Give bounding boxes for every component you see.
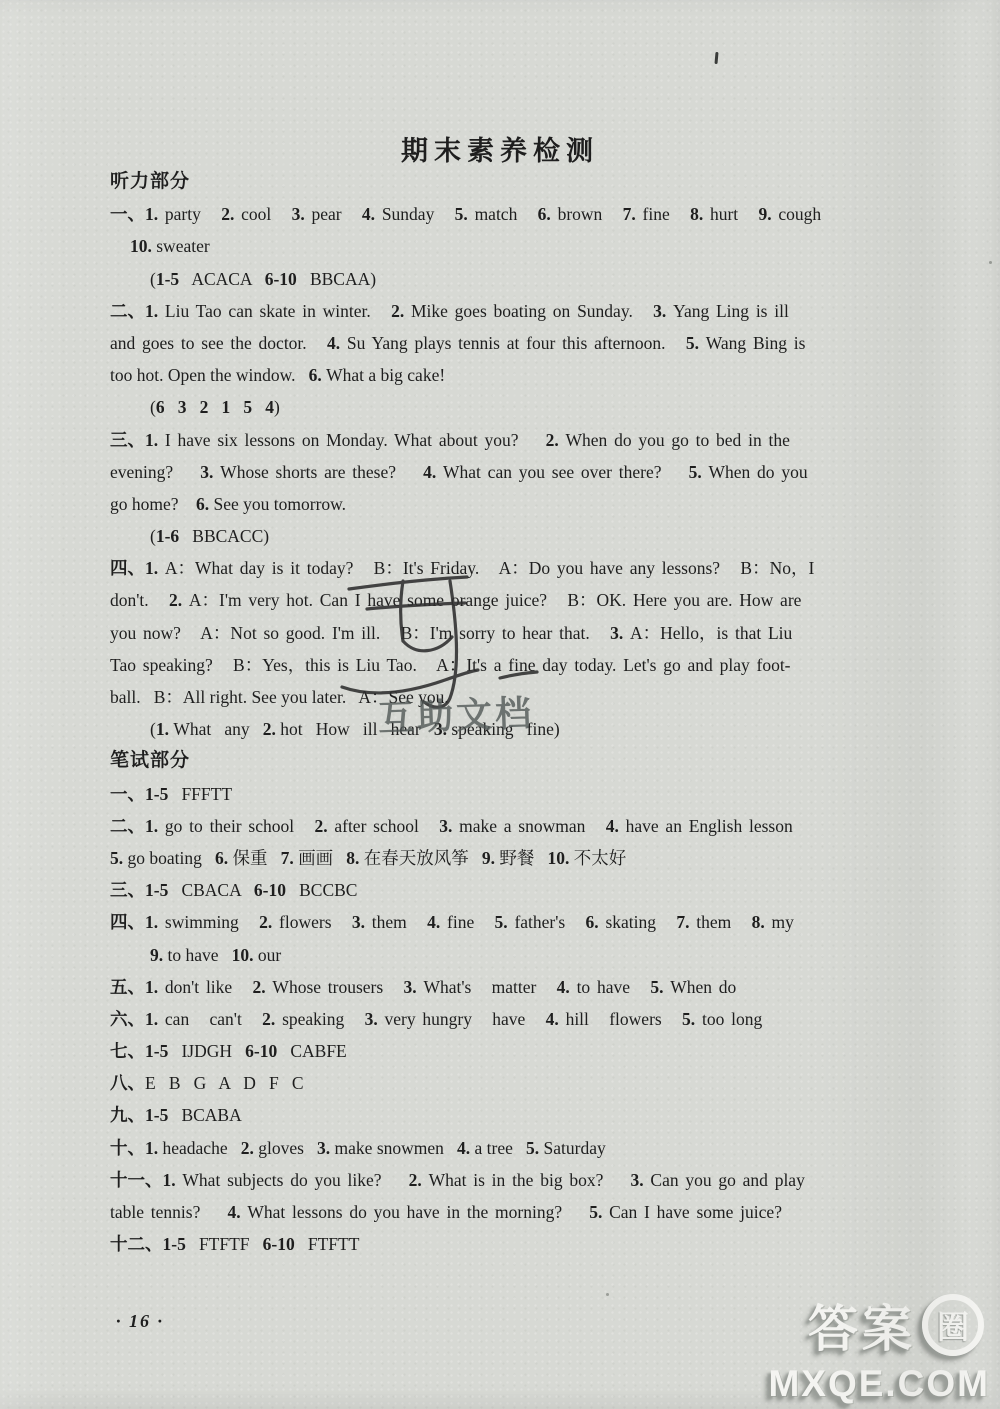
answer-text: headache (163, 1138, 241, 1158)
answer-text: skating (605, 912, 676, 932)
answer-text: party (165, 204, 221, 224)
answer-text: gloves (258, 1138, 317, 1158)
answer-text: too hot. Open the window. (110, 365, 309, 385)
answer-number: 6. (586, 912, 606, 932)
watermark-brand: 答案圈 (768, 1289, 984, 1361)
answer-text: BBCAA) (297, 269, 376, 289)
text-line-22: 5. go boating 6. 保重 7. 画画 8. 在春天放风筝 9. 野… (110, 842, 940, 874)
answer-number: 四、1. (110, 912, 165, 932)
answer-number: 4. (606, 816, 626, 836)
answer-text: What subjects do you like? (182, 1170, 408, 1190)
answer-text: Saturday (544, 1138, 606, 1158)
answer-number: 一、1-5 (110, 784, 168, 804)
answer-number: 9. (482, 848, 500, 868)
answer-text: match (475, 204, 538, 224)
answer-text: When do you go to bed in the (566, 430, 790, 450)
text-line-4: (1-5 ACACA 6-10 BBCAA) (110, 263, 940, 295)
answer-number: 3. (404, 977, 424, 997)
text-line-2: 一、1. party 2. cool 3. pear 4. Sunday 5. … (110, 198, 940, 230)
answer-number: 6-10 (254, 880, 286, 900)
answer-text: a tree (475, 1138, 527, 1158)
answer-text: speaking (282, 1009, 365, 1029)
answer-text: A：What day is it today? B：It's Friday. A… (165, 558, 814, 578)
answer-number: 1. (156, 719, 174, 739)
answer-text: CABFE (277, 1041, 347, 1061)
answer-text: When do (670, 977, 736, 997)
answer-text: flowers (279, 912, 352, 932)
text-line-33: table tennis? 4. What lessons do you hav… (110, 1196, 940, 1228)
answer-number: 4. (557, 977, 577, 997)
answer-text: A：Hello，is that Liu (630, 623, 792, 643)
answer-number: 8. (346, 848, 364, 868)
answer-text: them (372, 912, 427, 932)
helper-doc-stamp: 互助文档 (377, 685, 535, 741)
answer-text: go boating (128, 848, 216, 868)
ink-speck (606, 1293, 609, 1296)
answer-number: 2. (546, 430, 566, 450)
answer-number: 笔试部分 (110, 750, 190, 771)
answer-text: See you tomorrow. (214, 494, 347, 514)
answer-number: 6-10 (245, 1041, 277, 1061)
answer-number: 5. (650, 977, 670, 997)
answer-text: Sunday (382, 204, 455, 224)
answer-number: 3. (610, 623, 630, 643)
answer-text: What a big cake! (326, 365, 445, 385)
watermark-brand-text: 答案 (808, 1289, 916, 1361)
answer-text: ) (274, 397, 280, 417)
answer-number: 2. (241, 1138, 259, 1158)
answer-number: 九、1-5 (110, 1105, 168, 1125)
answer-number: 2. (314, 816, 334, 836)
answer-text: What any (173, 719, 262, 739)
answer-number: 八、 (110, 1073, 145, 1093)
text-line-30: 九、1-5 BCABA (110, 1099, 940, 1131)
answer-text: pear (311, 204, 361, 224)
answer-text: FTFTT (295, 1234, 360, 1254)
section-heading-written: 笔试部分 (110, 745, 940, 777)
answer-number: 2. (263, 719, 281, 739)
text-line-20: 一、1-5 FFFTT (110, 778, 940, 810)
answer-number: 5. (110, 848, 128, 868)
answer-text: cough (778, 204, 821, 224)
answer-text: BCABA (168, 1105, 241, 1125)
text-line-29: 八、E B G A D F C (110, 1067, 940, 1099)
answer-number: 2. (221, 204, 241, 224)
answer-number: 2. (391, 301, 411, 321)
text-line-23: 三、1-5 CBACA 6-10 BCCBC (110, 874, 940, 906)
answer-number: 7. (623, 204, 643, 224)
answer-text: IJDGH (168, 1041, 245, 1061)
answer-number: 9. (150, 945, 168, 965)
answer-number: 7. (676, 912, 696, 932)
text-line-16: Tao speaking? B：Yes，this is Liu Tao. A：I… (110, 649, 940, 681)
answer-site-watermark: 答案圈 MXQE.COM (768, 1289, 990, 1405)
answer-number: 4. (423, 462, 443, 482)
answer-number: 3. (653, 301, 673, 321)
answer-text: too long (702, 1009, 762, 1029)
answer-number: 6. (196, 494, 214, 514)
answer-number: 4. (362, 204, 382, 224)
answer-text: What's matter (423, 977, 556, 997)
answer-text: hurt (710, 204, 759, 224)
answer-text: to have (577, 977, 651, 997)
answer-number: 四、1. (110, 558, 165, 578)
answer-number: 6-10 (265, 269, 297, 289)
answer-number: 5. (455, 204, 475, 224)
answer-number: 4. (546, 1009, 566, 1029)
answer-number: 5. (689, 462, 709, 482)
answer-number: 8. (752, 912, 772, 932)
answer-number: 十一、1. (110, 1170, 182, 1190)
answer-number: 3. (200, 462, 220, 482)
answer-number: 2. (253, 977, 273, 997)
answer-number: 十二、1-5 (110, 1234, 186, 1254)
answer-number: 10. (548, 848, 574, 868)
answer-text: very hungry have (385, 1009, 546, 1029)
answer-text: Wang Bing is (706, 333, 806, 353)
text-line-8: (6 3 2 1 5 4) (110, 391, 940, 423)
answer-number: 10. (232, 945, 258, 965)
answer-text: Su Yang plays tennis at four this aftern… (347, 333, 686, 353)
answer-text: father's (514, 912, 585, 932)
answer-number: 五、1. (110, 977, 165, 997)
answer-number: 4. (427, 912, 447, 932)
answer-number: 4. (457, 1138, 475, 1158)
answer-number: 三、1-5 (110, 880, 168, 900)
stray-pen-tick (714, 52, 718, 64)
answer-text: What can you see over there? (443, 462, 689, 482)
answer-text: When do you (709, 462, 808, 482)
text-line-12: (1-6 BBCACC) (110, 520, 940, 552)
answer-text: 在春天放风筝 (364, 848, 482, 868)
answer-text: I have six lessons on Monday. What about… (165, 430, 546, 450)
page-title: 期末素养检测 (0, 129, 1000, 168)
answer-text: 保重 (233, 848, 281, 868)
answer-text: don't. (110, 590, 169, 610)
answer-text: go to their school (165, 816, 315, 836)
answer-number: 二、1. (110, 816, 165, 836)
text-line-15: you now? A：Not so good. I'm ill. B：I'm s… (110, 617, 940, 649)
text-line-26: 五、1. don't like 2. Whose trousers 3. Wha… (110, 971, 940, 1003)
text-line-11: go home? 6. See you tomorrow. (110, 488, 940, 520)
answer-text: can can't (165, 1009, 262, 1029)
answer-text: sweater (156, 236, 209, 256)
answer-number: 六、1. (110, 1009, 165, 1029)
text-line-10: evening? 3. Whose shorts are these? 4. W… (110, 456, 940, 488)
answer-text: Whose trousers (272, 977, 403, 997)
answer-number: 2. (262, 1009, 282, 1029)
text-line-3: 10. sweater (110, 230, 940, 262)
answer-number: 3. (630, 1170, 650, 1190)
answer-text: table tennis? (110, 1202, 227, 1222)
answer-number: 6-10 (263, 1234, 295, 1254)
answer-number: 3. (439, 816, 459, 836)
answer-text: What is in the big box? (429, 1170, 631, 1190)
answer-text: fine (447, 912, 495, 932)
answer-text: don't like (165, 977, 253, 997)
answer-text: FTFTF (186, 1234, 263, 1254)
answer-text: Yang Ling is ill (673, 301, 789, 321)
answer-text: after school (334, 816, 439, 836)
answer-number: 6. (538, 204, 558, 224)
answer-number: 十、1. (110, 1138, 163, 1158)
text-line-5: 二、1. Liu Tao can skate in winter. 2. Mik… (110, 295, 940, 327)
answer-number: 一、1. (110, 204, 165, 224)
answer-number: 4. (227, 1202, 247, 1222)
answer-text: make a snowman (459, 816, 606, 836)
answer-number: 1-5 (156, 269, 179, 289)
answer-text: Whose shorts are these? (220, 462, 423, 482)
text-line-34: 十二、1-5 FTFTF 6-10 FTFTT (110, 1228, 940, 1260)
text-line-25: 9. to have 10. our (110, 939, 940, 971)
answer-text: Tao speaking? B：Yes，this is Liu Tao. A：I… (110, 655, 791, 675)
answer-text: Liu Tao can skate in winter. (165, 301, 391, 321)
answer-text: to have (168, 945, 232, 965)
answer-text: 不太好 (574, 848, 627, 868)
answer-text: A：I'm very hot. Can I have some orange j… (189, 590, 802, 610)
text-line-24: 四、1. swimming 2. flowers 3. them 4. fine… (110, 906, 940, 938)
answer-number: 5. (526, 1138, 544, 1158)
answer-text: 画画 (298, 848, 346, 868)
answer-number: 3. (292, 204, 312, 224)
text-line-6: and goes to see the doctor. 4. Su Yang p… (110, 327, 940, 359)
answer-number: 二、1. (110, 301, 165, 321)
answer-number: 3. (317, 1138, 335, 1158)
answer-number: 5. (686, 333, 706, 353)
answer-text: brown (558, 204, 623, 224)
section-heading-listening: 听力部分 (110, 166, 940, 198)
answer-number: 6. (215, 848, 233, 868)
answer-number: 5. (589, 1202, 609, 1222)
page-number: · 16 · (116, 1311, 164, 1332)
answer-text: have an English lesson (626, 816, 793, 836)
answer-number: 9. (758, 204, 778, 224)
answer-number: 6. (309, 365, 327, 385)
answer-number: 4. (327, 333, 347, 353)
answer-number: 2. (409, 1170, 429, 1190)
answer-text: BBCACC) (179, 526, 269, 546)
answer-text: them (696, 912, 751, 932)
answer-number: 10. (130, 236, 156, 256)
answer-number: 7. (281, 848, 299, 868)
ink-speck (989, 261, 992, 264)
answer-number: 6 3 2 1 5 4 (156, 397, 274, 417)
text-line-9: 三、1. I have six lessons on Monday. What … (110, 424, 940, 456)
text-line-27: 六、1. can can't 2. speaking 3. very hungr… (110, 1003, 940, 1035)
answer-number: 8. (690, 204, 710, 224)
answer-text: go home? (110, 494, 196, 514)
text-line-14: don't. 2. A：I'm very hot. Can I have som… (110, 584, 940, 616)
answer-text: cool (241, 204, 291, 224)
answer-text: you now? A：Not so good. I'm ill. B：I'm s… (110, 623, 610, 643)
answer-text: CBACA (168, 880, 254, 900)
text-line-21: 二、1. go to their school 2. after school … (110, 810, 940, 842)
watermark-site-url: MXQE.COM (768, 1363, 990, 1405)
answer-number: 2. (169, 590, 189, 610)
answer-number: 听力部分 (110, 171, 190, 192)
text-line-28: 七、1-5 IJDGH 6-10 CABFE (110, 1035, 940, 1067)
answer-text: What lessons do you have in the morning? (247, 1202, 589, 1222)
answer-number: 三、1. (110, 430, 165, 450)
text-line-32: 十一、1. What subjects do you like? 2. What… (110, 1164, 940, 1196)
watermark-circled-char: 圈 (922, 1294, 984, 1356)
scanned-answer-page: 期末素养检测 听力部分一、1. party 2. cool 3. pear 4.… (0, 0, 1000, 1409)
answer-text: my (771, 912, 793, 932)
answer-number: 1-6 (156, 526, 179, 546)
answer-text: 野餐 (499, 848, 547, 868)
answer-text: make snowmen (335, 1138, 457, 1158)
answer-text: evening? (110, 462, 200, 482)
answer-text: Can I have some juice? (609, 1202, 782, 1222)
answer-text: Can you go and play (650, 1170, 804, 1190)
answer-text: and goes to see the doctor. (110, 333, 327, 353)
answer-number: 5. (682, 1009, 702, 1029)
answer-number: 5. (495, 912, 515, 932)
answer-text: FFFTT (168, 784, 232, 804)
answer-text: ACACA (179, 269, 265, 289)
answer-number: 七、1-5 (110, 1041, 168, 1061)
text-line-7: too hot. Open the window. 6. What a big … (110, 359, 940, 391)
text-line-13: 四、1. A：What day is it today? B：It's Frid… (110, 552, 940, 584)
answer-text: fine (643, 204, 691, 224)
answer-number: 3. (352, 912, 372, 932)
answer-text: swimming (165, 912, 259, 932)
answer-number: 2. (259, 912, 279, 932)
answer-text: Mike goes boating on Sunday. (411, 301, 653, 321)
answer-number: 3. (365, 1009, 385, 1029)
answer-text: E B G A D F C (145, 1073, 304, 1093)
answer-text: our (258, 945, 281, 965)
text-line-31: 十、1. headache 2. gloves 3. make snowmen … (110, 1132, 940, 1164)
answer-text: BCCBC (286, 880, 358, 900)
answer-text: hill flowers (566, 1009, 682, 1029)
